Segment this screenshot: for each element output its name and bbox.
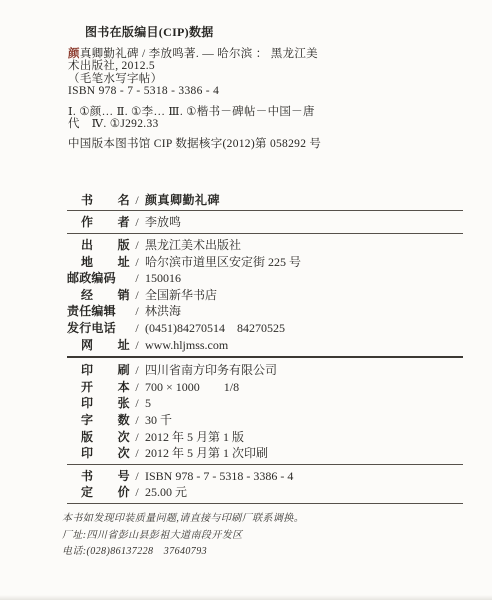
row-value: 全国新华书店 [145,287,217,304]
row-value: (0451)84270514 84270525 [145,320,285,337]
row-separator: / [129,379,145,396]
divider [67,464,463,465]
row-label: 定 价 [67,484,129,501]
row-label: 开 本 [67,379,129,396]
row-label: 印 次 [67,445,129,462]
table-row-distribution: 经 销/全国新华书店 [67,287,463,304]
row-value: 5 [145,395,151,412]
page-bottom-shadow [0,595,492,600]
table-row-price: 定 价/25.00 元 [67,484,463,501]
book-copyright-page: 图书在版编目(CIP)数据 颜真卿勤礼碑 / 李放鸣著. — 哈尔滨 ： 黑龙江… [0,0,492,600]
row-label: 经 销 [67,287,129,304]
row-label: 邮政编码 [67,270,129,287]
row-separator: / [129,214,145,231]
note-factory-phone: 电话:(028)86137228 37640793 [62,544,462,561]
row-value: 700 × 1000 1/8 [145,379,239,396]
row-separator: / [129,270,145,287]
row-separator: / [129,303,145,320]
table-row-phone: 发行电话/(0451)84270514 84270525 [67,320,463,337]
row-label: 字 数 [67,412,129,429]
row-separator: / [129,412,145,429]
row-label: 版 次 [67,429,129,446]
row-separator: / [129,468,145,485]
cip-class-line1: Ⅰ. ①颜… Ⅱ. ①李… Ⅲ. ①楷书－碑帖－中国－唐 [68,106,468,119]
row-separator: / [129,237,145,254]
cip-isbn-line: ISBN 978 - 7 - 5318 - 3386 - 4 [68,85,468,98]
row-label: 印 张 [67,395,129,412]
cip-entry-line1: 颜真卿勤礼碑 / 李放鸣著. — 哈尔滨 ： 黑龙江美 [68,48,468,61]
table-row-printing: 印 次/2012 年 5 月第 1 次印刷 [67,445,463,462]
row-label: 书 名 [67,192,129,209]
note-quality: 本书如发现印装质量问题,请直接与印刷厂联系调换。 [62,511,462,528]
cip-entry-line2: 术出版社, 2012.5 [68,60,468,73]
row-label: 出 版 [67,237,129,254]
row-separator: / [129,395,145,412]
divider-thick [67,356,463,358]
row-label: 发行电话 [67,320,129,337]
table-row-publisher: 出 版/黑龙江美术出版社 [67,237,463,254]
cip-record-line: 中国版本图书馆 CIP 数据核字(2012)第 058292 号 [68,138,468,151]
row-label: 责任编辑 [67,303,129,320]
row-value: www.hljmss.com [145,337,228,354]
row-value: 四川省南方印务有限公司 [145,362,277,379]
row-value: 2012 年 5 月第 1 版 [145,429,244,446]
cip-entry-first-char: 颜 [68,48,80,60]
row-label: 作 者 [67,214,129,231]
row-separator: / [129,320,145,337]
row-value: 黑龙江美术出版社 [145,237,241,254]
table-row-title: 书 名/颜真卿勤礼碑 [67,192,463,209]
row-value: 150016 [145,270,181,287]
table-row-printer: 印 刷/四川省南方印务有限公司 [67,362,463,379]
row-label: 地 址 [67,254,129,271]
note-factory-address: 厂址:四川省彭山县彭祖大道南段开发区 [62,528,462,545]
row-separator: / [129,429,145,446]
printer-notes: 本书如发现印装质量问题,请直接与印刷厂联系调换。 厂址:四川省彭山县彭祖大道南段… [62,511,462,561]
row-label: 网 址 [67,337,129,354]
divider [67,210,463,211]
cip-series-note: （毛笔水写字帖） [68,73,468,86]
row-separator: / [129,254,145,271]
cip-heading: 图书在版编目(CIP)数据 [85,26,468,39]
table-row-isbn: 书 号/ISBN 978 - 7 - 5318 - 3386 - 4 [67,468,463,485]
table-row-postcode: 邮政编码/150016 [67,270,463,287]
row-label: 书 号 [67,468,129,485]
table-row-edition: 版 次/2012 年 5 月第 1 版 [67,429,463,446]
row-value: 林洪海 [145,303,181,320]
cip-entry-line1-rest: 真卿勤礼碑 / 李放鸣著. — 哈尔滨 ： 黑龙江美 [80,48,318,60]
row-label: 印 刷 [67,362,129,379]
divider [67,233,463,234]
row-value: 2012 年 5 月第 1 次印刷 [145,445,268,462]
cip-block: 图书在版编目(CIP)数据 颜真卿勤礼碑 / 李放鸣著. — 哈尔滨 ： 黑龙江… [68,26,468,150]
row-value: ISBN 978 - 7 - 5318 - 3386 - 4 [145,468,293,485]
row-value: 李放鸣 [145,214,181,231]
row-value: 颜真卿勤礼碑 [145,192,220,209]
cip-class-line2: 代 Ⅳ. ①J292.33 [68,118,468,131]
table-row-editor: 责任编辑/林洪海 [67,303,463,320]
row-separator: / [129,287,145,304]
row-separator: / [129,362,145,379]
table-row-website: 网 址/www.hljmss.com [67,337,463,354]
table-row-sheets: 印 张/5 [67,395,463,412]
table-row-format: 开 本/700 × 1000 1/8 [67,379,463,396]
divider [67,503,463,504]
row-separator: / [129,192,145,209]
table-row-address: 地 址/哈尔滨市道里区安定街 225 号 [67,254,463,271]
row-separator: / [129,484,145,501]
table-row-author: 作 者/李放鸣 [67,214,463,231]
row-value: 25.00 元 [145,484,187,501]
table-row-wordcount: 字 数/30 千 [67,412,463,429]
row-separator: / [129,445,145,462]
row-value: 30 千 [145,412,172,429]
colophon-table: 书 名/颜真卿勤礼碑 作 者/李放鸣 出 版/黑龙江美术出版社 地 址/哈尔滨市… [67,192,463,507]
row-separator: / [129,337,145,354]
row-value: 哈尔滨市道里区安定街 225 号 [145,254,301,271]
